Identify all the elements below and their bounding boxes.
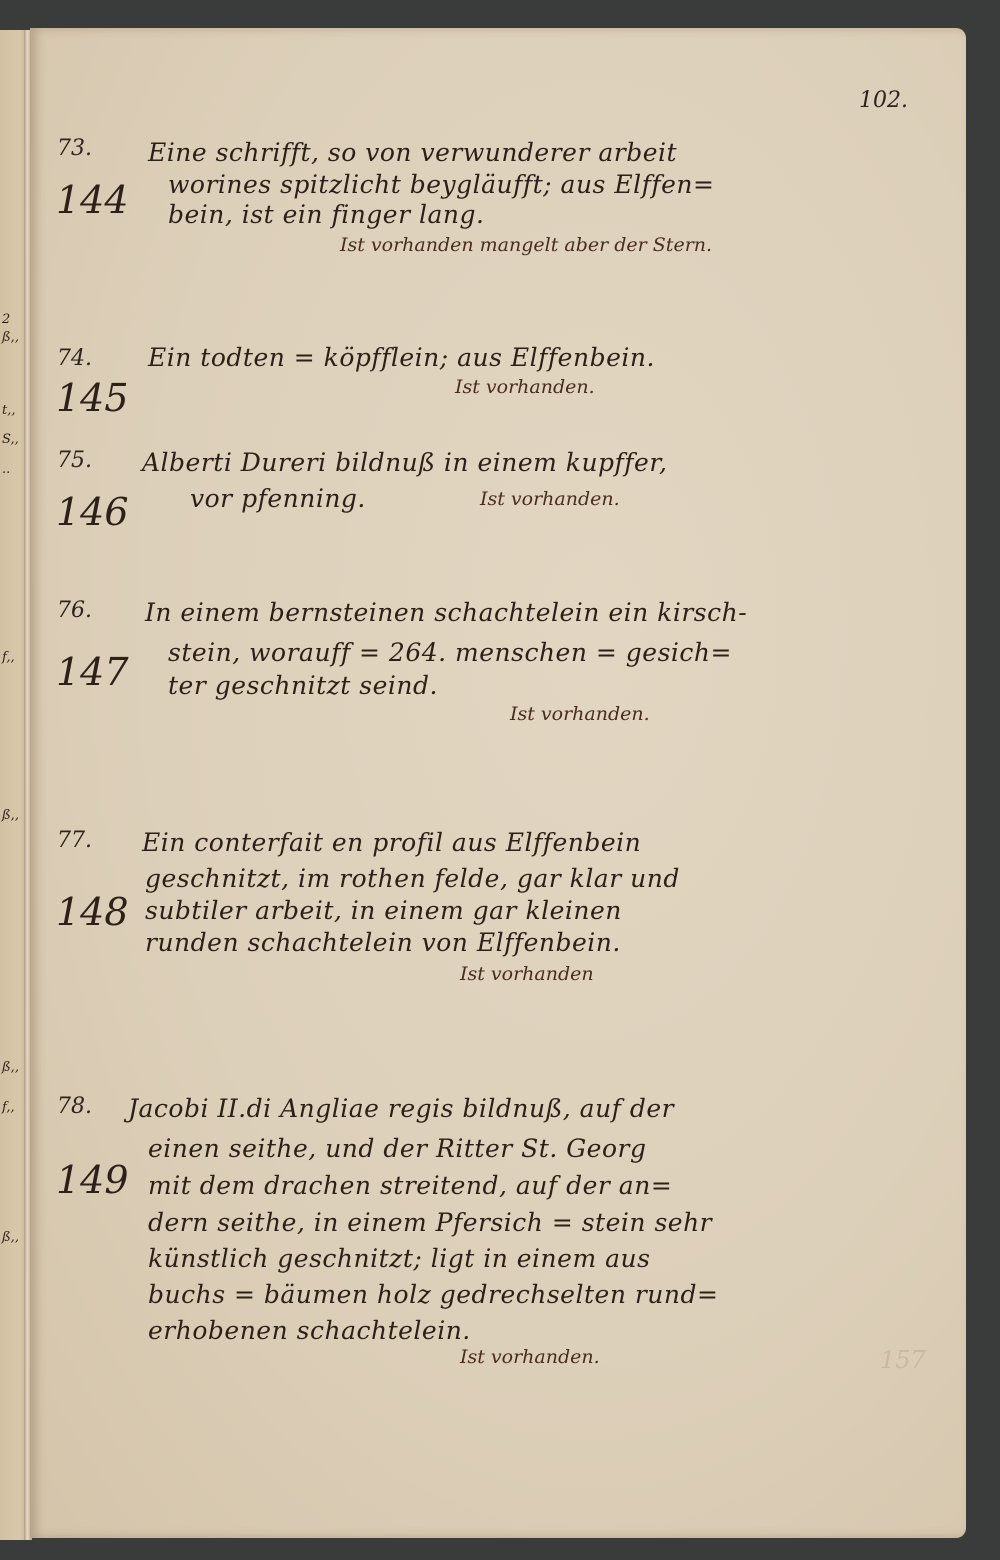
item-number: 77.: [57, 828, 92, 853]
entry-text-line: vor pfenning.: [190, 484, 366, 513]
entry-text-line: Eine schrifft, so von verwunderer arbeit: [148, 138, 677, 167]
entry-text-line: Ein todten = köpfflein; aus Elffenbein.: [148, 343, 655, 372]
entry-text-line: Alberti Dureri bildnuß in einem kupffer,: [142, 448, 668, 477]
inventory-number: 146: [56, 490, 129, 534]
entry-text-line: erhobenen schachtelein.: [148, 1316, 471, 1345]
entry-text-line: dern seithe, in einem Pfersich = stein s…: [148, 1208, 712, 1237]
inventory-number: 148: [56, 890, 129, 934]
entry-text-line: runden schachtelein von Elffenbein.: [145, 928, 621, 957]
entry-text-line: stein, worauff = 264. menschen = gesich=: [168, 638, 732, 667]
margin-mark: ß,,: [2, 808, 19, 823]
margin-mark: ß,,: [2, 1230, 19, 1245]
entry-text-line: geschnitzt, im rothen felde, gar klar un…: [145, 864, 680, 893]
margin-mark: t,,: [2, 403, 16, 418]
status-note: Ist vorhanden.: [510, 703, 650, 725]
margin-mark: S,,: [2, 432, 19, 447]
entry-text-line: einen seithe, und der Ritter St. Georg: [148, 1134, 646, 1163]
status-note: Ist vorhanden: [460, 963, 594, 985]
item-number: 73.: [57, 136, 92, 161]
inventory-number: 144: [56, 178, 129, 222]
status-note: Ist vorhanden.: [460, 1346, 600, 1368]
item-number: 75.: [57, 448, 92, 473]
item-number: 76.: [57, 598, 92, 623]
margin-mark: ß,,: [2, 1060, 19, 1075]
entry-text-line: mit dem drachen streitend, auf der an=: [148, 1171, 672, 1200]
show-through-text: 157: [880, 1346, 926, 1374]
entry-text-line: buchs = bäumen holz gedrechselten rund=: [148, 1280, 718, 1309]
item-number: 78.: [57, 1094, 92, 1119]
margin-mark: ß,,: [2, 330, 19, 345]
entry-text-line: ter geschnitzt seind.: [168, 671, 438, 700]
status-note: Ist vorhanden.: [480, 488, 620, 510]
entry-text-line: worines spitzlicht beygläufft; aus Elffe…: [168, 170, 714, 199]
margin-mark: f,,: [2, 650, 15, 665]
inventory-number: 145: [56, 376, 129, 420]
inventory-number: 149: [56, 1158, 129, 1202]
manuscript-scan: 2 ß,, t,, S,, .. f,, ß,, ß,, f,, ß,, 102…: [0, 0, 1000, 1560]
status-note: Ist vorhanden mangelt aber der Stern.: [340, 234, 712, 256]
entry-text-line: Jacobi II.di Angliae regis bildnuß, auf …: [128, 1094, 674, 1123]
margin-mark: ..: [2, 462, 10, 477]
entry-text-line: subtiler arbeit, in einem gar kleinen: [145, 896, 622, 925]
status-note: Ist vorhanden.: [455, 376, 595, 398]
entry-text-line: In einem bernsteinen schachtelein ein ki…: [145, 598, 747, 627]
item-number: 74.: [57, 346, 92, 371]
margin-mark: f,,: [2, 1100, 15, 1115]
entry-text-line: künstlich geschnitzt; ligt in einem aus: [148, 1244, 650, 1273]
folio-number: 102.: [859, 88, 908, 113]
margin-mark: 2: [2, 312, 10, 327]
entry-text-line: bein, ist ein finger lang.: [168, 200, 484, 229]
entry-text-line: Ein conterfait en profil aus Elffenbein: [142, 828, 641, 857]
inventory-number: 147: [56, 650, 129, 694]
manuscript-page: 102. 73. 144 Eine schrifft, so von verwu…: [30, 28, 966, 1538]
